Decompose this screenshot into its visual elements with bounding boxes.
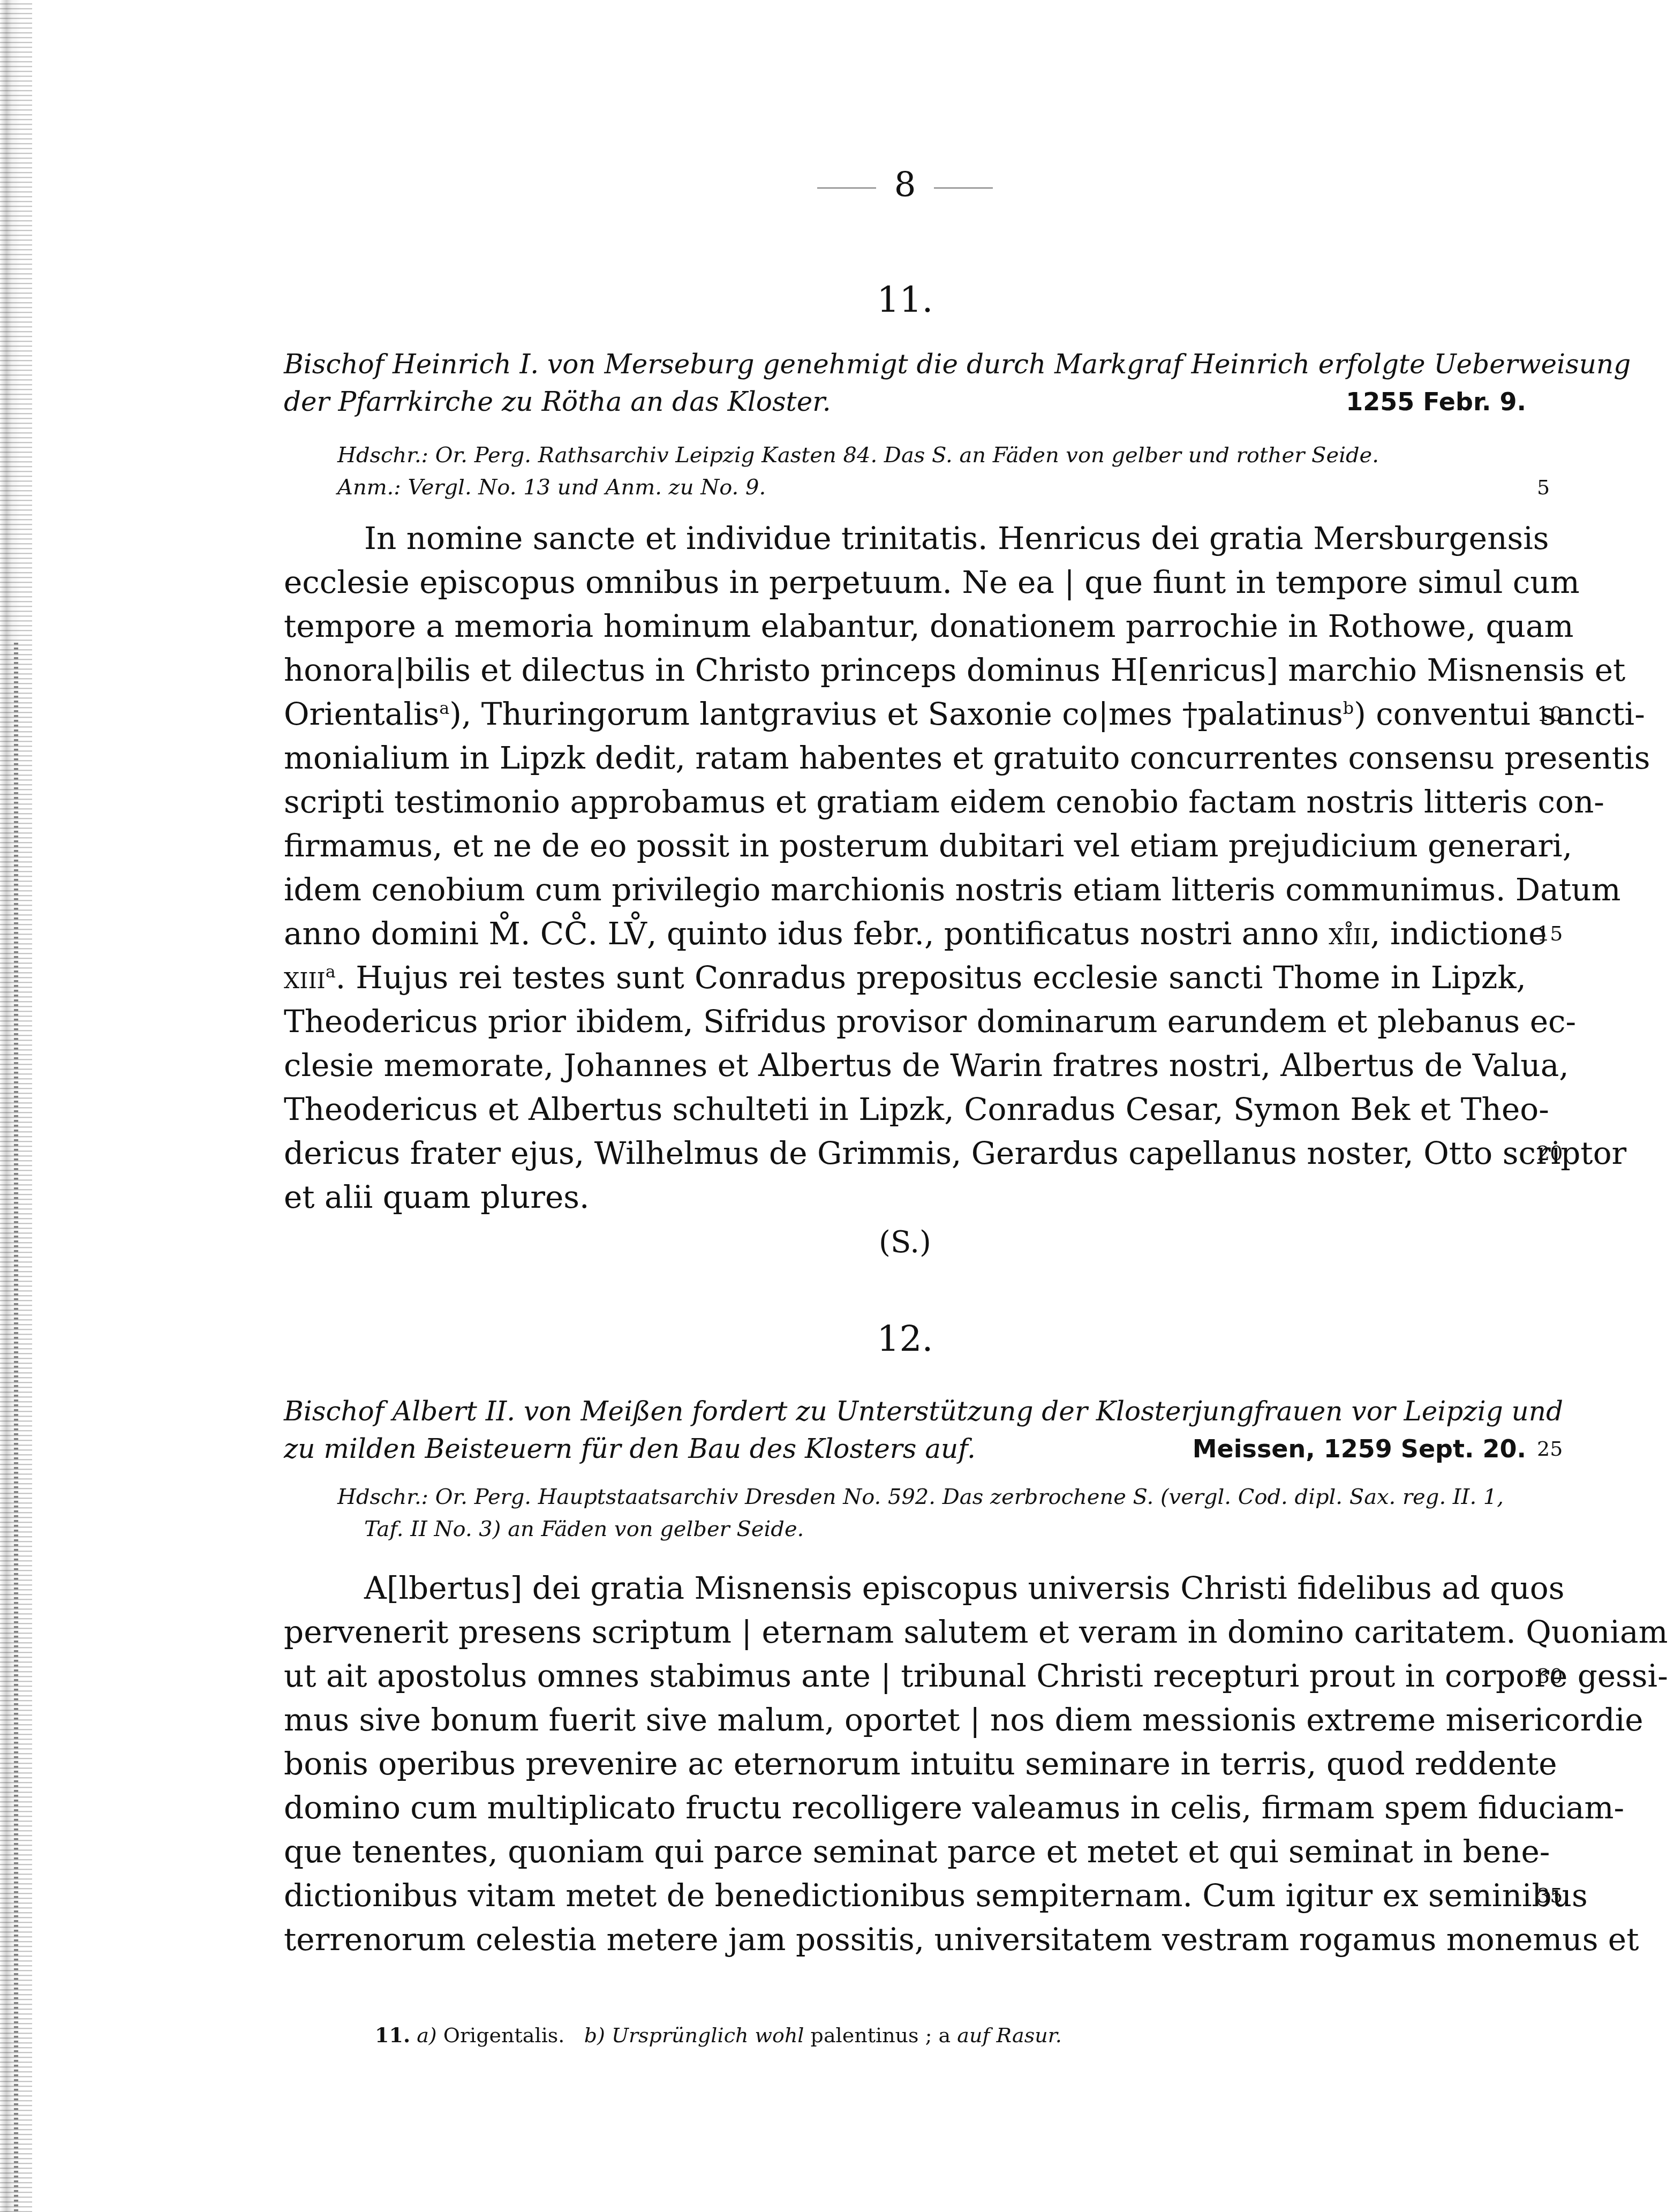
body-line: In nomine sancte et individue trinitatis… [284,517,1526,560]
body-line: domino cum multiplicato fructu recollige… [284,1786,1526,1829]
body-line: mus sive bonum fuerit sive malum, oporte… [284,1698,1526,1741]
body-line: et alii quam plures. [284,1176,1526,1218]
document-number: 11. [744,279,1066,321]
body-line: scripti testimonio approbamus et gratiam… [284,780,1526,823]
body-line: Theodericus et Albertus schulteti in Lip… [284,1088,1526,1131]
text-run: , quinto idus febr., pontificatus nostri… [647,915,1329,952]
regest-line-with-date: der Pfarrkirche zu Rötha an das Kloster.… [284,383,1526,420]
regest-line: Bischof Albert II. von Meißen fordert zu… [284,1393,1526,1430]
roman-numeral-year: xi̊ii [1329,915,1370,952]
regest-text: zu milden Beisteuern für den Bau des Klo… [284,1430,976,1468]
body-line: Orientalisa), Thuringorum lantgravius et… [284,693,1526,735]
footnote-marker: b [1343,698,1354,718]
body-line: firmamus, et ne de eo possit in posterum… [284,824,1526,867]
text-run: anno domini [284,915,479,952]
roman-numeral-indiction: xiii [284,959,326,996]
footnote-text-b-italic: auf Rasur. [957,2023,1061,2047]
body-line: tempore a memoria hominum elabantur, don… [284,605,1526,648]
source-note: Hdschr.: Or. Perg. Rathsarchiv Leipzig K… [337,439,1526,471]
text-run: ), Thuringorum lantgravius et Saxonie co… [449,696,1343,732]
body-line: honora|bilis et dilectus in Christo prin… [284,649,1526,691]
document-number: 12. [744,1318,1066,1360]
body-line: pervenerit presens scriptum | eternam sa… [284,1611,1526,1653]
source-note: Hdschr.: Or. Perg. Hauptstaatsarchiv Dre… [337,1481,1526,1513]
body-line: A[lbertus] dei gratia Misnensis episcopu… [284,1567,1526,1609]
margin-line-number: 15 [1537,912,1580,955]
margin-line-number: 10 [1537,693,1580,735]
annotation-note: Anm.: Vergl. No. 13 und Anm. zu No. 9. [337,471,1526,503]
body-line: dericus frater ejus, Wilhelmus de Grimmi… [284,1132,1526,1175]
footnote-label-b: b) [584,2023,605,2047]
page-number-rule-right [934,187,993,189]
text-run: . Hujus rei testes sunt Conradus preposi… [336,959,1526,996]
page-number-rule-left [817,187,876,189]
seal-mark: (S.) [825,1221,985,1264]
body-line: xiiia. Hujus rei testes sunt Conradus pr… [284,956,1526,999]
body-line: Theodericus prior ibidem, Sifridus provi… [284,1000,1526,1043]
roman-numeral-date: M̊. CC̊. LV̊ [489,915,647,952]
regest-text: der Pfarrkirche zu Rötha an das Kloster. [284,383,831,420]
text-run: Orientalis [284,696,439,732]
footnote-text-a: Origentalis. [443,2023,565,2047]
regest-line: Bischof Heinrich I. von Merseburg genehm… [284,345,1526,383]
footnote-marker: a [439,698,449,718]
body-line: bonis operibus prevenire ac eternorum in… [284,1742,1526,1785]
page-number: 8 [771,166,1039,205]
footnote-label-a: a) [417,2023,436,2047]
text-run: , indictione [1370,915,1547,952]
margin-line-number: 25 [1537,1427,1580,1470]
document-date: 1255 Febr. 9. [1346,383,1526,420]
source-note-continued: Taf. II No. 3) an Fäden von gelber Seide… [364,1513,1553,1545]
body-line: clesie memorate, Johannes et Albertus de… [284,1044,1526,1087]
scan-edge-artifact [14,643,18,2212]
body-line: anno domini M̊. CC̊. LV̊, quinto idus fe… [284,912,1526,955]
page-number-value: 8 [894,165,916,205]
footnote: 11. a) Origentalis. b) Ursprünglich wohl… [375,2019,1446,2051]
footnote-text-b-italic: Ursprünglich wohl [612,2023,804,2047]
margin-line-number: 30 [1537,1654,1580,1697]
body-line: terrenorum celestia metere jam possitis,… [284,1918,1526,1961]
margin-line-number: 20 [1537,1132,1580,1175]
margin-line-number: 5 [1537,466,1580,509]
superscript: a [326,961,336,982]
footnote-document-ref: 11. [375,2023,410,2047]
regest-line-with-date: zu milden Beisteuern für den Bau des Klo… [284,1430,1526,1468]
footnote-text-b: palentinus ; a [811,2023,951,2047]
body-line: idem cenobium cum privilegio marchionis … [284,868,1526,911]
text-run: ) conventui sancti- [1354,696,1645,732]
body-line: ut ait apostolus omnes stabimus ante | t… [284,1654,1526,1697]
margin-line-number: 35 [1537,1874,1580,1917]
body-line: que tenentes, quoniam qui parce seminat … [284,1830,1526,1873]
body-line: ecclesie episcopus omnibus in perpetuum.… [284,561,1526,604]
body-line: monialium in Lipzk dedit, ratam habentes… [284,736,1526,779]
body-line: dictionibus vitam metet de benedictionib… [284,1874,1526,1917]
document-date: Meissen, 1259 Sept. 20. [1193,1430,1526,1468]
